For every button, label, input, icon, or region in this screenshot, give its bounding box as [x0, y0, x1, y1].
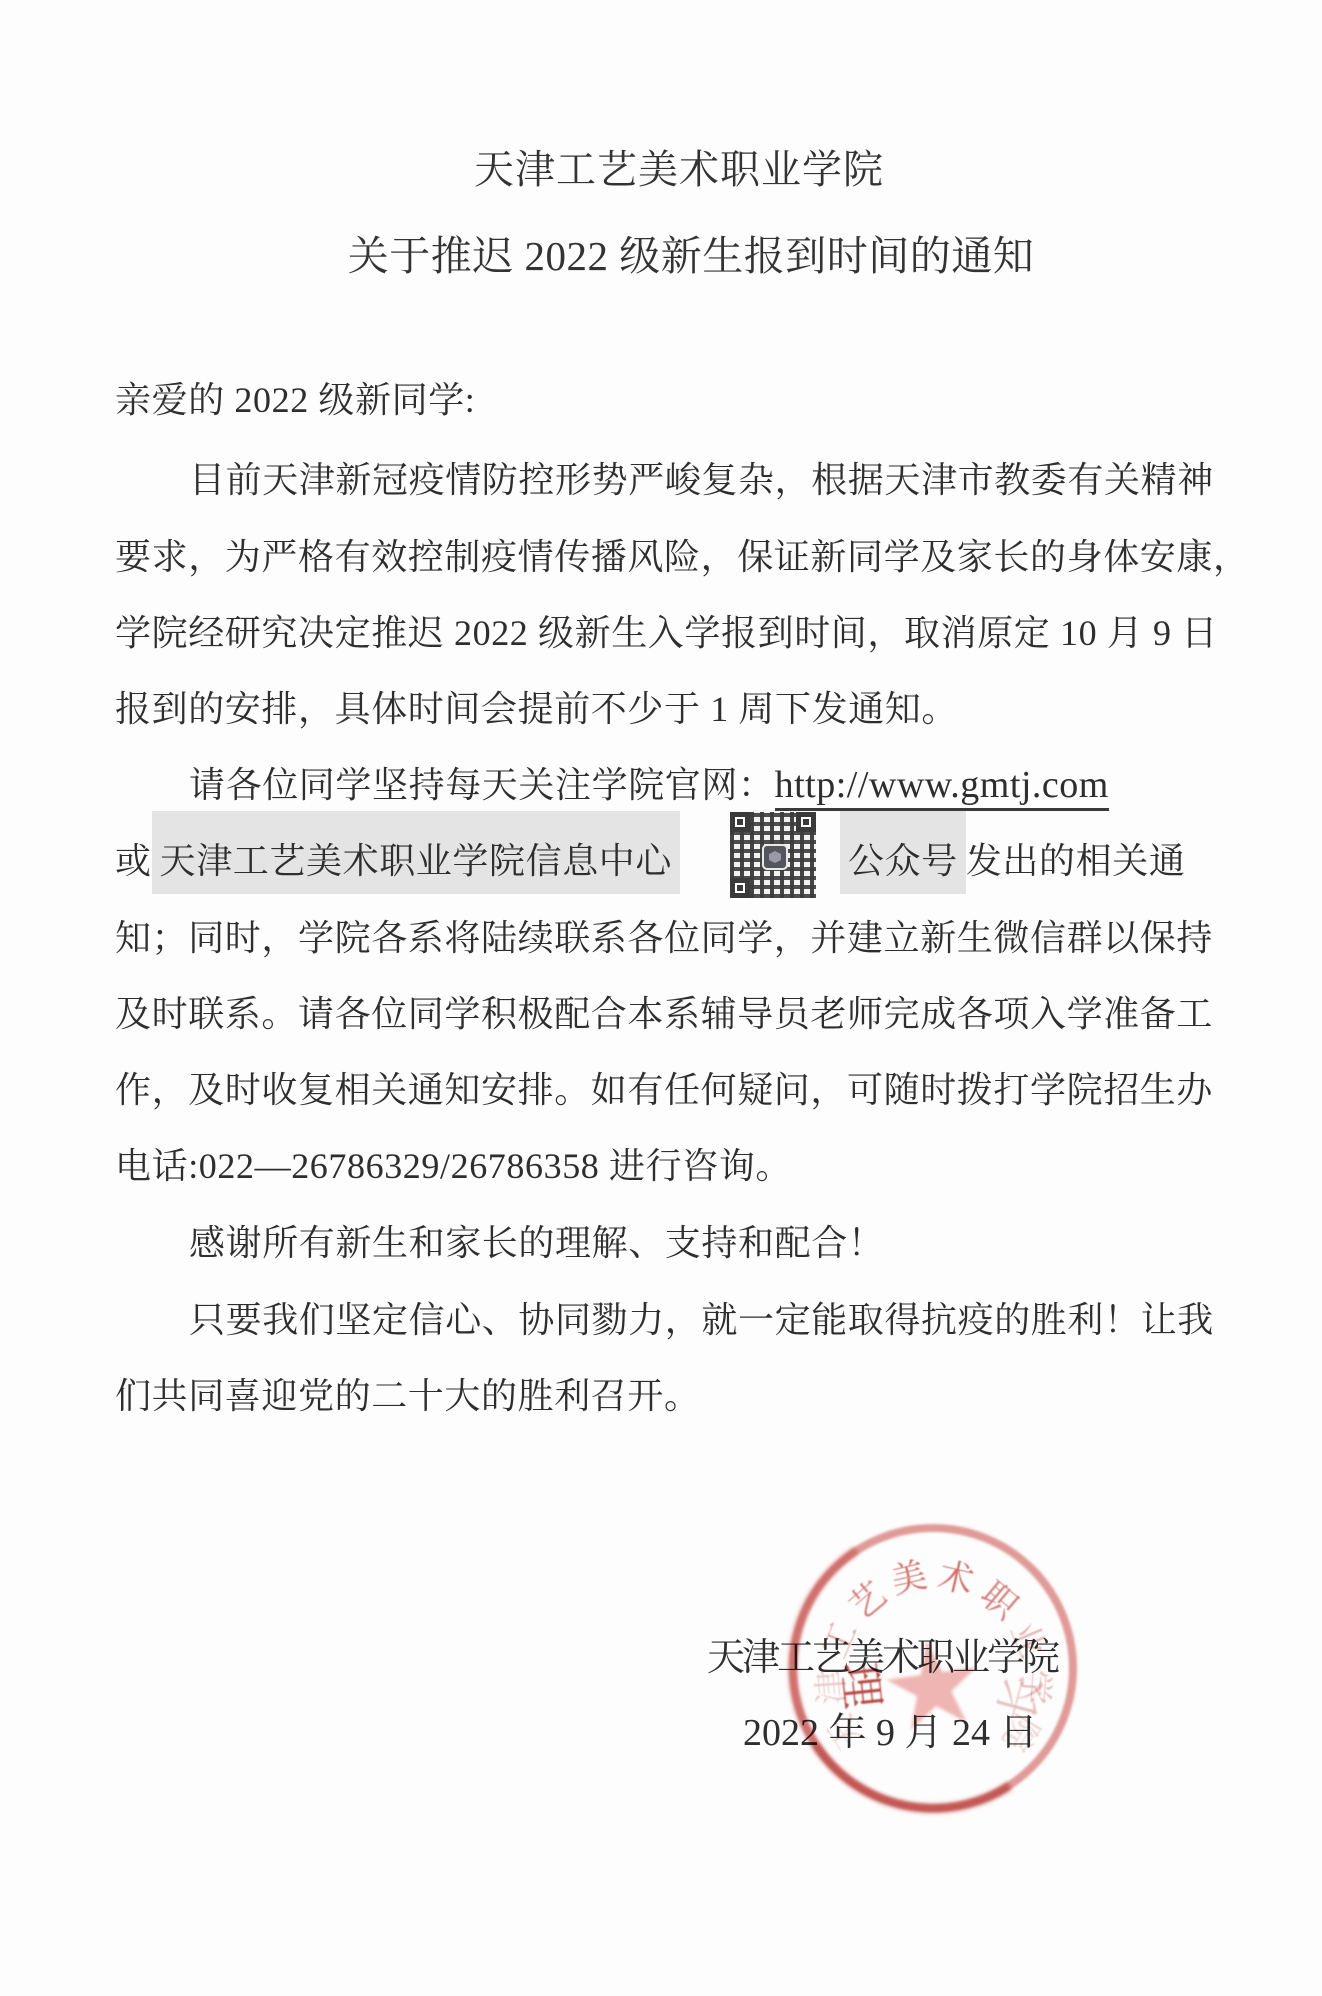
- salutation: 亲爱的 2022 级新同学:: [115, 372, 1225, 423]
- wechat-line-suffix: 发出的相关通: [966, 833, 1186, 884]
- page-title: 天津工艺美术职业学院: [474, 138, 884, 195]
- wechat-line-prefix: 或: [115, 833, 152, 884]
- signature-organization: 天津工艺美术职业学院: [707, 1626, 1057, 1681]
- paragraph-2-line-5: 作，及时收复相关通知安排。如有任何疑问，可随时拨打学院招生办: [115, 1062, 1225, 1113]
- wechat-qr-code-icon: [730, 812, 816, 898]
- page-subtitle: 关于推迟 2022 级新生报到时间的通知: [348, 223, 1035, 282]
- qr-finder-pattern: [796, 812, 816, 832]
- official-site-label: 请各位同学坚持每天关注学院官网：: [189, 765, 775, 805]
- qr-finder-pattern: [730, 878, 750, 898]
- seal-arc-char: 术: [934, 1548, 979, 1605]
- seal-arc-char: 美: [886, 1548, 931, 1605]
- paragraph-2-line-4: 及时联系。请各位同学积极配合本系辅导员老师完成各项入学准备工: [115, 986, 1225, 1037]
- paragraph-2-line-1: 请各位同学坚持每天关注学院官网：http://www.gmtj.com: [115, 757, 1225, 808]
- paragraph-2-line-2: 或 天津工艺美术职业学院信息中心 公众号 发出的相关通: [115, 833, 1225, 919]
- paragraph-2-line-6-phone: 电话:022—26786329/26786358 进行咨询。: [115, 1138, 1225, 1189]
- wechat-account-word-highlight: 公众号: [840, 811, 966, 894]
- paragraph-2-line-3: 知；同时，学院各系将陆续联系各位同学，并建立新生微信群以保持: [115, 910, 1225, 961]
- paragraph-1-line-3: 学院经研究决定推迟 2022 级新生入学报到时间，取消原定 10 月 9 日: [115, 605, 1225, 656]
- paragraph-1-line-4: 报到的安排，具体时间会提前不少于 1 周下发通知。: [115, 681, 1225, 732]
- paragraph-4-line-2: 们共同喜迎党的二十大的胜利召开。: [115, 1368, 1225, 1419]
- seal-arc-char: 艺: [837, 1569, 896, 1630]
- paragraph-1-line-2: 要求，为严格有效控制疫情传播风险，保证新同学及家长的身体安康，: [115, 529, 1225, 580]
- signature-date: 2022 年 9 月 24 日: [743, 1701, 1038, 1756]
- wechat-account-name-highlight: 天津工艺美术职业学院信息中心: [152, 811, 680, 894]
- official-site-url: http://www.gmtj.com: [775, 764, 1109, 811]
- seal-arc-char: 职: [971, 1569, 1030, 1630]
- paragraph-1-line-1: 目前天津新冠疫情防控形势严峻复杂，根据天津市教委有关精神: [115, 452, 1225, 503]
- paragraph-3-thanks: 感谢所有新生和家长的理解、支持和配合！: [115, 1215, 1225, 1266]
- scanned-notice-page: 天津工艺美术职业学院 关于推迟 2022 级新生报到时间的通知 亲爱的 2022…: [0, 0, 1322, 1996]
- paragraph-4-line-1: 只要我们坚定信心、协同勠力，就一定能取得抗疫的胜利！让我: [115, 1292, 1225, 1343]
- qr-center-logo: [762, 844, 788, 870]
- qr-finder-pattern: [730, 812, 750, 832]
